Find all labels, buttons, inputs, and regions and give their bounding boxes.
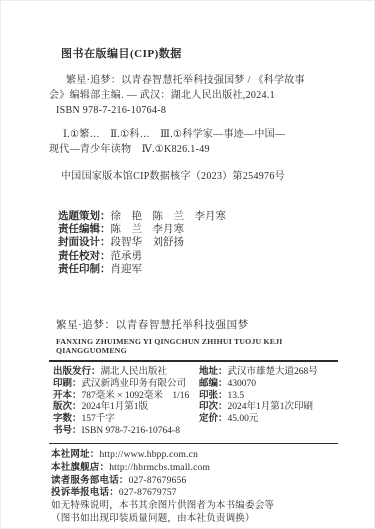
credit-value: 肖迎军	[111, 264, 143, 275]
cip-heading: 图书在版编目(CIP)数据	[61, 45, 338, 61]
pub-row-impression: 印次：2024年1月第1次印刷	[199, 402, 338, 414]
credit-row-editor: 责任编辑：陈 兰 李月寒	[58, 223, 338, 236]
credit-value: 陈 兰 李月寒	[111, 224, 185, 235]
credit-value: 段智华 刘舒扬	[111, 237, 185, 248]
contact-label: 本社网址：	[51, 450, 100, 460]
pub-row-price: 定价：45.00元	[199, 414, 338, 426]
pub-value: 157千字	[82, 414, 115, 424]
contact-value: http://hbrmcbs.tmall.com	[109, 463, 210, 473]
contact-value: 027-87679757	[119, 488, 177, 498]
pub-row-address: 地址：武汉市雄楚大道268号	[199, 367, 338, 379]
cip-classification: Ⅰ.①繁… Ⅱ.①科… Ⅲ.①科学家—事迹—中国— 现代—青少年读物 Ⅳ.①K8…	[49, 127, 338, 157]
cip-record-line-1: 繁星·追梦：以青春智慧托举科技强国梦 / 《科学故事	[49, 73, 338, 88]
pub-value: 45.00元	[228, 414, 259, 424]
pub-label: 地址：	[199, 367, 228, 377]
pub-value: ISBN 978-7-216-10764-8	[82, 426, 180, 436]
credit-label: 选题策划：	[58, 211, 111, 222]
pub-row-publisher: 出版发行：湖北人民出版社	[53, 367, 199, 379]
book-copyright-page: 图书在版编目(CIP)数据 繁星·追梦：以青春智慧托举科技强国梦 / 《科学故事…	[1, 1, 374, 528]
pub-row-isbn: 书号：ISBN 978-7-216-10764-8	[53, 426, 199, 438]
pub-label: 出版发行：	[53, 367, 101, 377]
title-banner: 繁星·追梦：以青春智慧托举科技强国梦 FANXING ZHUIMENG YI Q…	[56, 317, 338, 355]
contact-row-website: 本社网址：http://www.hbpp.com.cn	[51, 449, 338, 462]
credit-label: 责任编辑：	[58, 224, 111, 235]
pub-row-printer: 印刷：武汉新鸿业印务有限公司	[53, 379, 199, 391]
credit-value: 范承勇	[111, 251, 143, 262]
credit-row-planning: 选题策划：徐 艳 陈 兰 李月寒	[58, 210, 338, 223]
pub-label: 印次：	[199, 402, 228, 412]
credit-label: 责任印制：	[58, 264, 111, 275]
note-replacement-policy: （图书如出现印装质量问题，由本社负责调换）	[51, 513, 338, 526]
contact-block: 本社网址：http://www.hbpp.com.cn 本社旗舰店：http:/…	[51, 449, 338, 525]
pub-value: 武汉市雄楚大道268号	[228, 367, 318, 377]
contact-row-service-phone: 读者服务部电话：027-87679656	[51, 475, 338, 488]
contact-value: http://www.hbpp.com.cn	[100, 450, 199, 460]
cip-record-isbn: ISBN 978-7-216-10764-8	[49, 103, 338, 118]
publication-right-column: 地址：武汉市雄楚大道268号 邮编：430070 印张：13.5 印次：2024…	[199, 367, 338, 438]
pub-row-edition: 版次：2024年1月第1版	[53, 402, 199, 414]
contact-label: 本社旗舰店：	[51, 463, 109, 473]
pub-label: 定价：	[199, 414, 228, 424]
contact-label: 投诉举报电话：	[51, 488, 119, 498]
cip-record-line-2: 会》编辑部主编. — 武汉：湖北人民出版社,2024.1	[49, 88, 338, 103]
classification-line-1: Ⅰ.①繁… Ⅱ.①科… Ⅲ.①科学家—事迹—中国—	[49, 127, 338, 142]
credit-label: 封面设计：	[58, 237, 111, 248]
pub-row-word-count: 字数：157千字	[53, 414, 199, 426]
contact-value: 027-87679656	[129, 476, 187, 486]
note-image-credit: 如无特殊说明，本书其余图片供图者为本书编委会等	[51, 500, 338, 513]
pub-row-sheets: 印张：13.5	[199, 391, 338, 403]
book-title: 繁星·追梦：以青春智慧托举科技强国梦	[56, 317, 338, 332]
book-title-pinyin: FANXING ZHUIMENG YI QINGCHUN ZHIHUI TUOJ…	[56, 337, 338, 355]
classification-line-2: 现代—青少年读物 Ⅳ.①K826.1-49	[49, 142, 338, 157]
credit-row-cover-design: 封面设计：段智华 刘舒扬	[58, 236, 338, 249]
pub-label: 字数：	[53, 414, 82, 424]
pub-label: 开本：	[53, 391, 82, 401]
credit-row-proofreader: 责任校对：范承勇	[58, 250, 338, 263]
divider-thick	[49, 360, 338, 362]
pub-row-format: 开本：787毫米 × 1092毫米 1/16	[53, 391, 199, 403]
contact-row-store: 本社旗舰店：http://hbrmcbs.tmall.com	[51, 462, 338, 475]
pub-label: 印张：	[199, 391, 228, 401]
credit-label: 责任校对：	[58, 251, 111, 262]
pub-value: 13.5	[228, 391, 245, 401]
contact-row-complaint-phone: 投诉举报电话：027-87679757	[51, 487, 338, 500]
publication-details: 出版发行：湖北人民出版社 印刷：武汉新鸿业印务有限公司 开本：787毫米 × 1…	[53, 367, 338, 438]
pub-value: 2024年1月第1版	[82, 402, 149, 412]
pub-row-postcode: 邮编：430070	[199, 379, 338, 391]
pub-value: 湖北人民出版社	[101, 367, 168, 377]
credit-row-print-supervisor: 责任印制：肖迎军	[58, 263, 338, 276]
cip-record-number: 中国国家版本馆CIP数据核字（2023）第254976号	[49, 169, 338, 184]
credit-value: 徐 艳 陈 兰 李月寒	[111, 211, 227, 222]
pub-label: 书号：	[53, 426, 82, 436]
publication-left-column: 出版发行：湖北人民出版社 印刷：武汉新鸿业印务有限公司 开本：787毫米 × 1…	[53, 367, 199, 438]
contact-label: 读者服务部电话：	[51, 476, 129, 486]
divider-thin	[49, 443, 338, 445]
pub-label: 版次：	[53, 402, 82, 412]
pub-value: 430070	[228, 379, 257, 389]
pub-label: 印刷：	[53, 379, 82, 389]
pub-value: 2024年1月第1次印刷	[228, 402, 314, 412]
credits-block: 选题策划：徐 艳 陈 兰 李月寒 责任编辑：陈 兰 李月寒 封面设计：段智华 刘…	[58, 210, 338, 276]
pub-value: 武汉新鸿业印务有限公司	[82, 379, 187, 389]
pub-label: 邮编：	[199, 379, 228, 389]
pub-value: 787毫米 × 1092毫米 1/16	[82, 391, 190, 401]
